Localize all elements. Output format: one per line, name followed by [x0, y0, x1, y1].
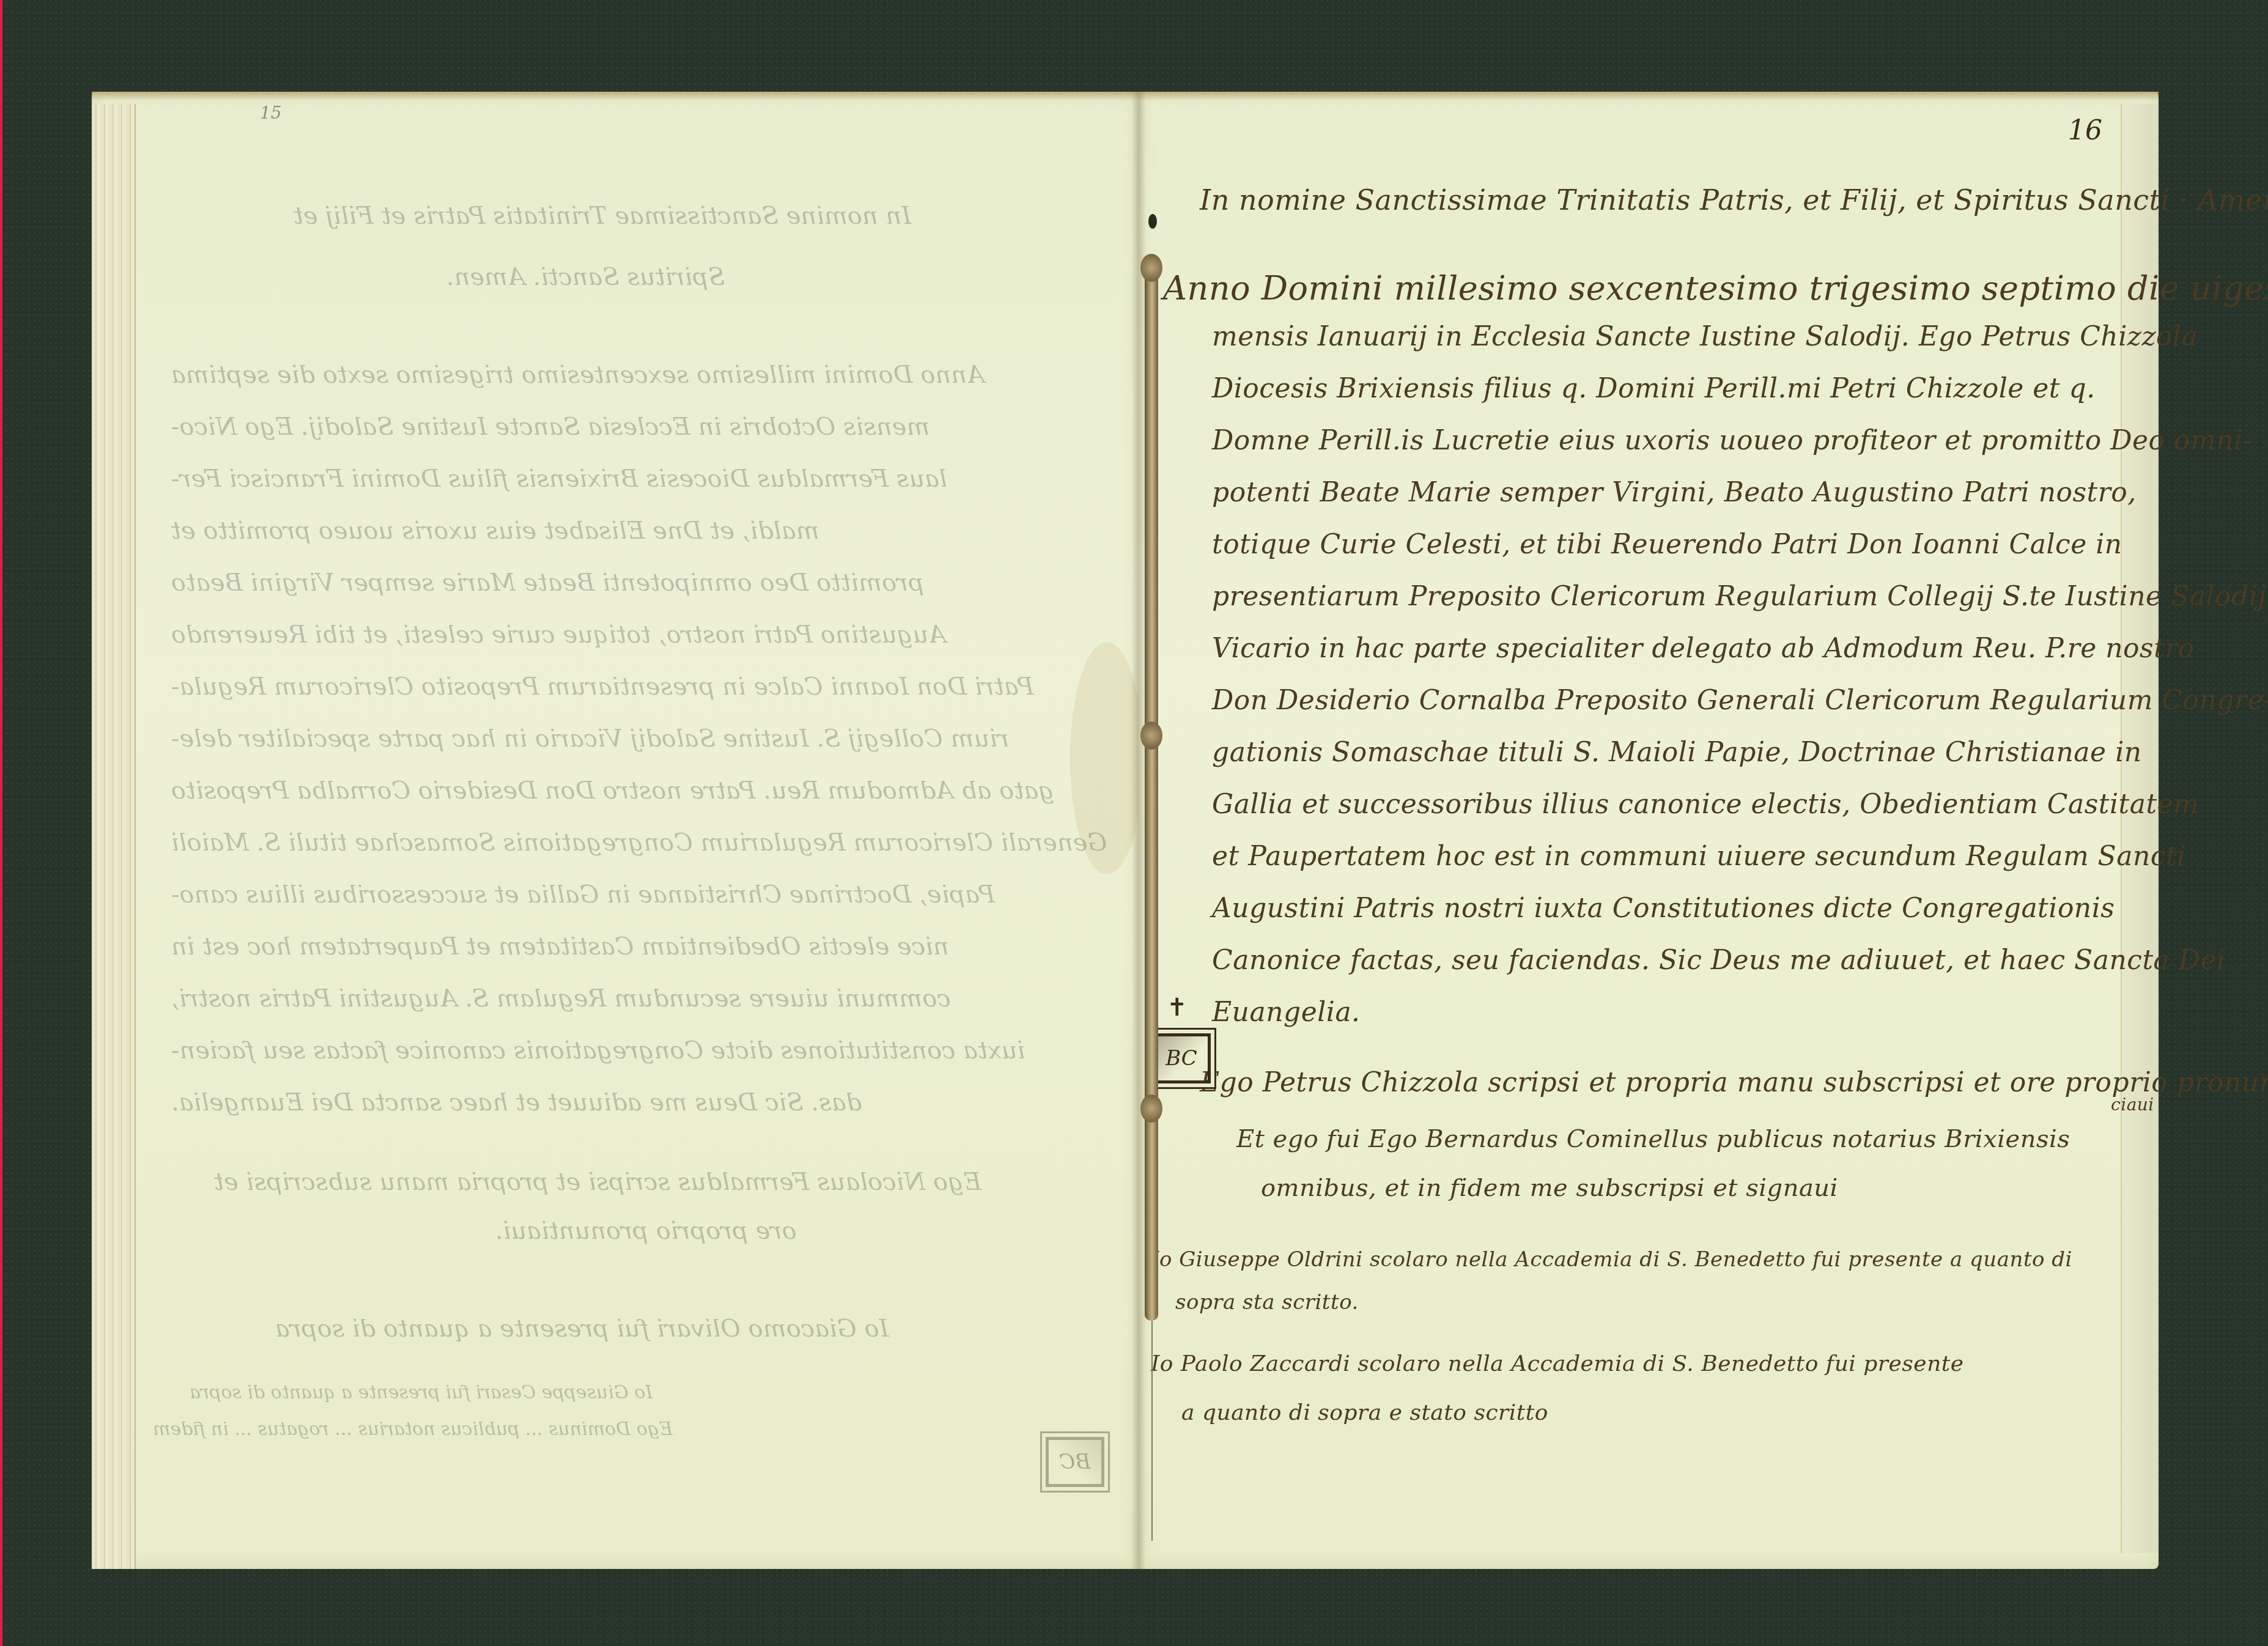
ghost-line: Io Giacomo Olivari fui presente a quanto…	[275, 1315, 888, 1343]
ghost-line: Patri Don Ioanni Calce in presentiarum P…	[171, 673, 1034, 701]
witness-line: Io Paolo Zaccardi scolaro nella Accademi…	[1151, 1351, 1964, 1376]
body-line: mensis Ianuarij in Ecclesia Sancte Iusti…	[1212, 321, 2198, 352]
body-line: Anno Domini millesimo sexcentesimo trige…	[1163, 269, 2268, 308]
notarial-sign: BC	[1152, 1033, 1211, 1083]
sewing-hole	[1148, 214, 1157, 229]
ghost-line: In nomine Sanctissimae Trinitatis Patris…	[294, 202, 911, 230]
right-page-number: 16	[2068, 115, 2102, 146]
body-line: et Paupertatem hoc est in communi uiuere…	[1212, 841, 2186, 872]
ghost-line: gato ab Admodum Reu. Patre nostro Don De…	[171, 777, 1054, 805]
ghost-line: Ego Dominus ... publicus notarius ... ro…	[153, 1419, 673, 1440]
cord-knot	[1140, 1094, 1162, 1123]
body-line: Don Desiderio Cornalba Preposito General…	[1212, 685, 2268, 716]
open-register: 15 In nomine Sanctissimae Trinitatis Pat…	[92, 92, 2159, 1569]
ghost-line: communi uiuere secundum Regulam S. Augus…	[171, 984, 951, 1013]
body-line: Domne Perill.is Lucretie eius uxoris uou…	[1212, 425, 2252, 456]
body-line: totique Curie Celesti, et tibi Reuerendo…	[1212, 529, 2122, 560]
ghost-line: Augustino Patri nostro, totique curie ce…	[171, 621, 946, 649]
body-line: Augustini Patris nostri iuxta Constituti…	[1212, 893, 2115, 924]
ghost-line: Spiritus Sancti. Amen.	[446, 263, 725, 291]
invocation-heading: In nomine Sanctissimae Trinitatis Patris…	[1200, 183, 2268, 216]
ghost-line: maldi, et Dne Elisabet eius uxoris uoueo…	[171, 517, 819, 545]
cord-knot	[1140, 722, 1162, 750]
notarial-monogram: BC	[1165, 1046, 1197, 1071]
body-line: Euangelia.	[1212, 997, 1361, 1028]
ghost-line: das. Sic Deus me adiuuet et haec sancta …	[171, 1088, 862, 1116]
body-line: presentiarum Preposito Clericorum Regula…	[1212, 581, 2266, 612]
right-page: 16 In nomine Sanctissimae Trinitatis Pat…	[1139, 92, 2159, 1569]
binding-cord	[1145, 263, 1158, 1321]
top-edge-stain	[1139, 92, 2159, 100]
ghost-line: laus Fermaldus Diocesis Brixiensis filiu…	[171, 465, 947, 493]
scan-edge-strip	[0, 0, 2, 1646]
body-line: Vicario in hac parte specialiter delegat…	[1212, 633, 2195, 664]
left-page-number: 15	[260, 103, 282, 123]
ghost-notarial-sign: BC	[1046, 1437, 1104, 1487]
body-line: gationis Somaschae tituli S. Maioli Papi…	[1212, 737, 2142, 768]
ghost-line: Ego Nicolaus Fermaldus scripsi et propri…	[214, 1168, 981, 1196]
stitch-thread	[1151, 1321, 1153, 1541]
cross-icon: ✝	[1167, 994, 1188, 1022]
witness-line: Io Giuseppe Oldrini scolaro nella Accade…	[1151, 1247, 2072, 1272]
ghost-line: Io Giuseppe Cesari fui presente a quanto…	[190, 1382, 652, 1403]
body-line: Diocesis Brixiensis filius q. Domini Per…	[1212, 373, 2096, 404]
notary-line: omnibus, et in fidem me subscripsi et si…	[1261, 1174, 1838, 1202]
gutter-shadow	[1131, 92, 1146, 1569]
body-line: Gallia et successoribus illius canonice …	[1212, 789, 2199, 820]
body-line: Canonice factas, seu faciendas. Sic Deus…	[1212, 945, 2226, 976]
ghost-line: Anno Domini millesimo sexcentesimo trige…	[171, 361, 984, 389]
left-fore-edge	[92, 104, 136, 1569]
ghost-line: rium Collegij S. Iustine Salodij Vicario…	[171, 725, 1009, 753]
ghost-line: ore proprio pronuntiaui.	[495, 1217, 797, 1245]
witness-line: sopra sta scritto.	[1175, 1290, 1359, 1315]
left-page: 15 In nomine Sanctissimae Trinitatis Pat…	[92, 92, 1139, 1569]
subscription-line: Ego Petrus Chizzola scripsi et propria m…	[1200, 1067, 2268, 1098]
ghost-monogram: BC	[1059, 1450, 1091, 1474]
ghost-line: promitto Deo omnipotenti Beate Marie sem…	[171, 569, 924, 597]
cord-knot	[1140, 254, 1162, 282]
ghost-line: iuxta constitutiones dicte Congregationi…	[171, 1036, 1025, 1065]
ghost-line: Papie, Doctrinae Christianae in Gallia e…	[171, 880, 995, 909]
notary-line: Et ego fui Ego Bernardus Cominellus publ…	[1236, 1125, 2070, 1153]
ghost-line: mensis Octobris in Ecclesia Sancte Iusti…	[171, 413, 929, 441]
witness-line: a quanto di sopra e stato scritto	[1181, 1400, 1548, 1425]
ghost-line: Generali Clericorum Regularium Congregat…	[171, 829, 1107, 857]
ghost-line: nice electis Obedientiam Castitatem et P…	[171, 932, 949, 961]
top-edge-stain	[92, 92, 1139, 100]
body-line: potenti Beate Marie semper Virgini, Beat…	[1212, 477, 2137, 508]
subscription-line: ciaui	[2111, 1094, 2154, 1115]
